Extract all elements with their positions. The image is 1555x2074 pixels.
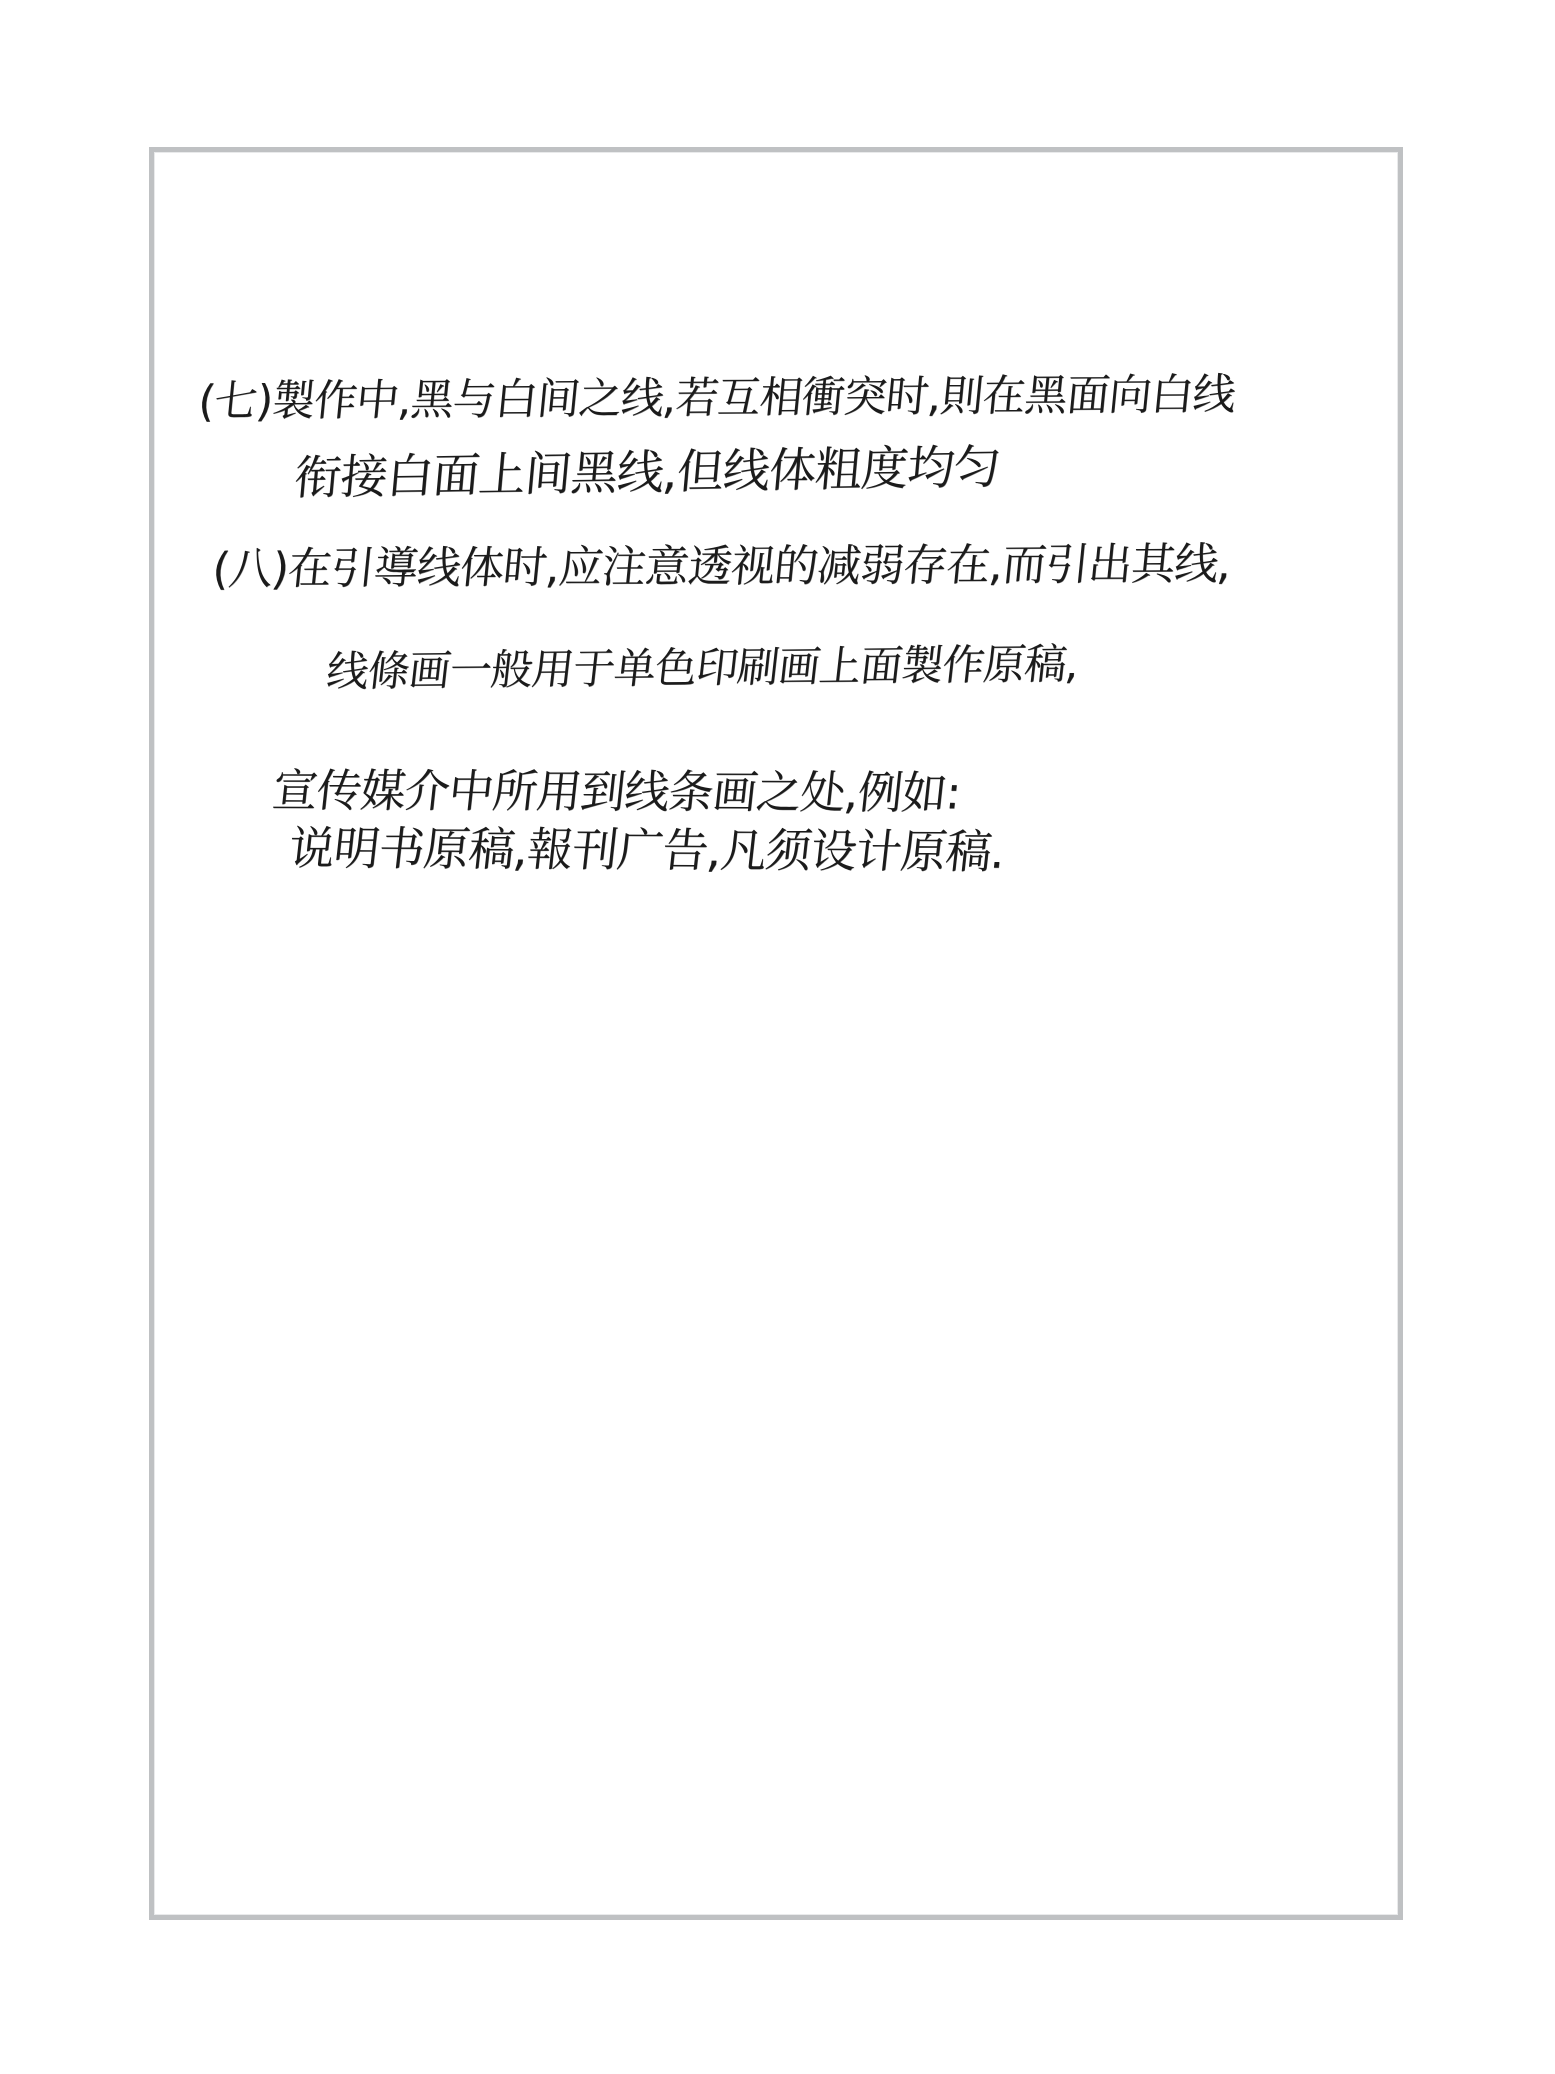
scanned-page: (七)製作中,黑与白间之线,若互相衝突时,則在黑面向白线 衔接白面上间黑线,但线…: [0, 0, 1555, 2074]
handwritten-line-item8-2: 线條画一般用于单色印刷画上面製作原稿,: [324, 640, 1081, 696]
handwritten-line-paragraph-2: 说明书原稿,報刊广告,凡须设计原稿.: [286, 822, 1007, 879]
handwritten-line-item8-1: (八)在引導线体时,应注意透视的减弱存在,而引出其线,: [210, 540, 1233, 596]
handwritten-line-item7-1: (七)製作中,黑与白间之线,若互相衝突时,則在黑面向白线: [196, 371, 1237, 428]
handwritten-line-paragraph-1: 宣传媒介中所用到线条画之处,例如:: [270, 765, 963, 819]
handwritten-line-item7-2: 衔接白面上间黑线,但线体粗度均匀: [292, 441, 1002, 506]
